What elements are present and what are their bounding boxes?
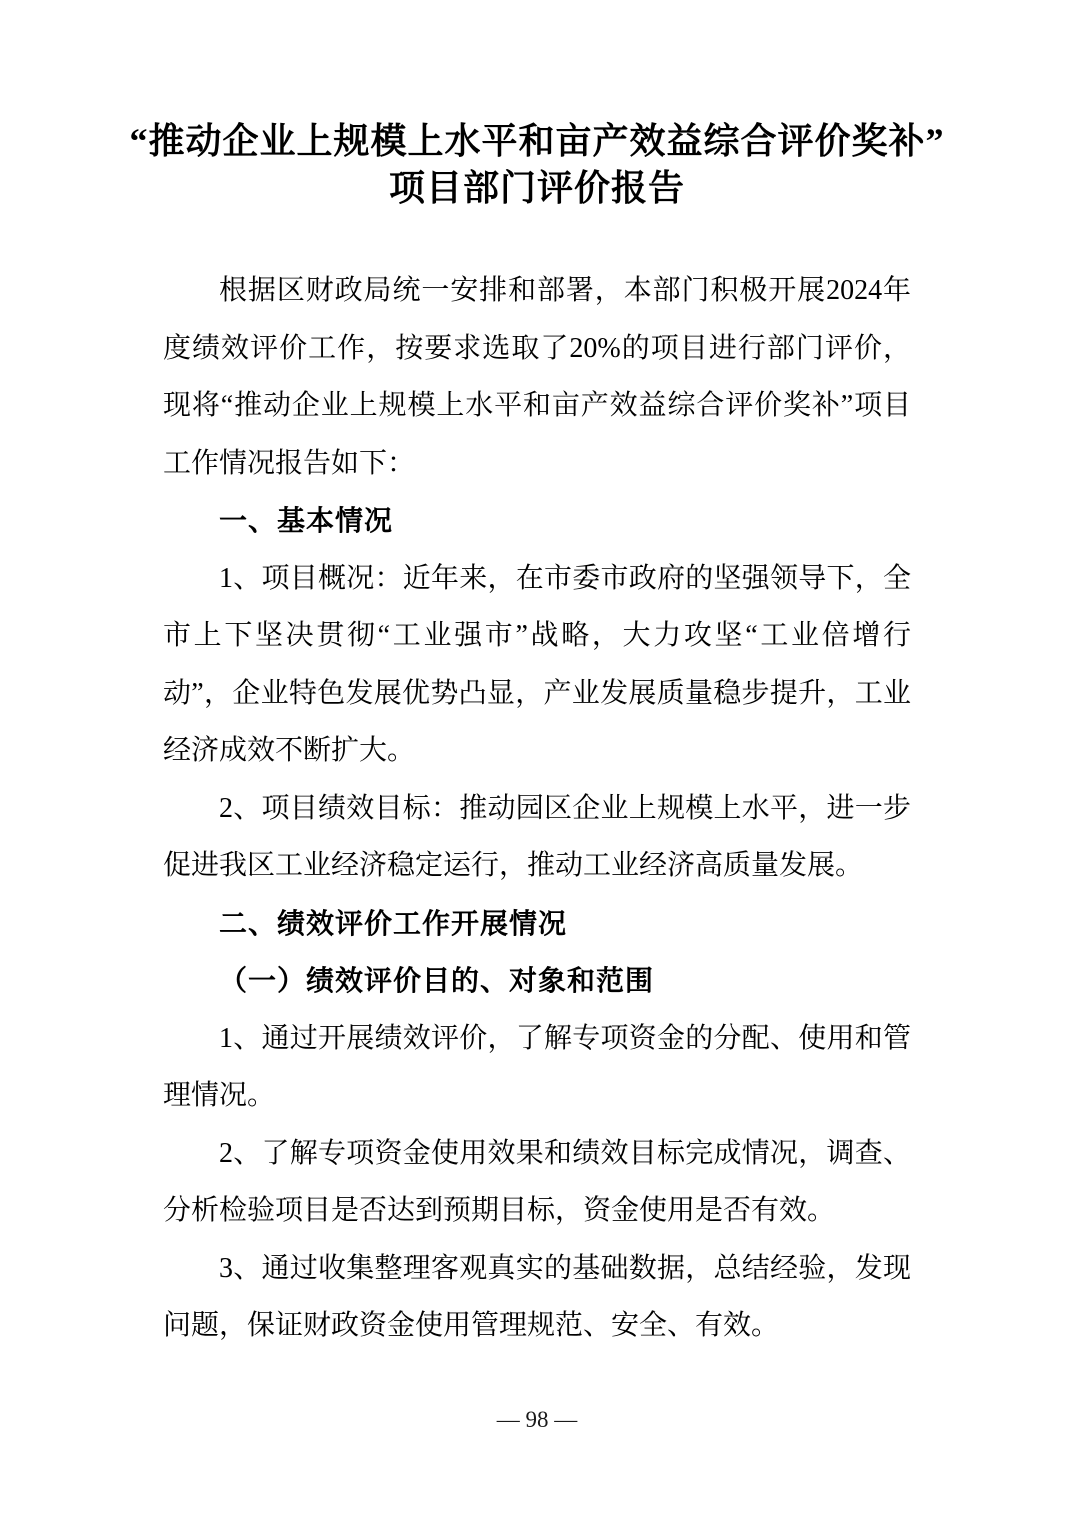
page-number: — 98 — [497,1407,578,1432]
body-paragraph: 1、通过开展绩效评价，了解专项资金的分配、使用和管理情况。 [163,1010,911,1125]
body-paragraph: 1、项目概况：近年来，在市委市政府的坚强领导下，全市上下坚决贯彻“工业强市”战略… [163,550,911,780]
document-page: “推动企业上规模上水平和亩产效益综合评价奖补” 项目部门评价报告 根据区财政局统… [0,0,1074,1520]
body-paragraph: 3、通过收集整理客观真实的基础数据，总结经验，发现问题，保证财政资金使用管理规范… [163,1240,911,1355]
body-paragraph: 2、了解专项资金使用效果和绩效目标完成情况，调查、分析检验项目是否达到预期目标，… [163,1125,911,1240]
section-heading: （一）绩效评价目的、对象和范围 [163,952,911,1010]
section-heading: 一、基本情况 [163,492,911,550]
page-footer: — 98 — [0,1405,1074,1435]
document-title-line2: 项目部门评价报告 [82,165,992,212]
body-paragraph: 2、项目绩效目标：推动园区企业上规模上水平，进一步促进我区工业经济稳定运行，推动… [163,780,911,895]
document-title-line1: “推动企业上规模上水平和亩产效益综合评价奖补” [82,118,992,165]
document-title: “推动企业上规模上水平和亩产效益综合评价奖补” 项目部门评价报告 [82,118,992,212]
section-heading: 二、绩效评价工作开展情况 [163,895,911,953]
document-body: 根据区财政局统一安排和部署，本部门积极开展2024年度绩效评价工作，按要求选取了… [163,262,911,1355]
body-paragraph: 根据区财政局统一安排和部署，本部门积极开展2024年度绩效评价工作，按要求选取了… [163,262,911,492]
